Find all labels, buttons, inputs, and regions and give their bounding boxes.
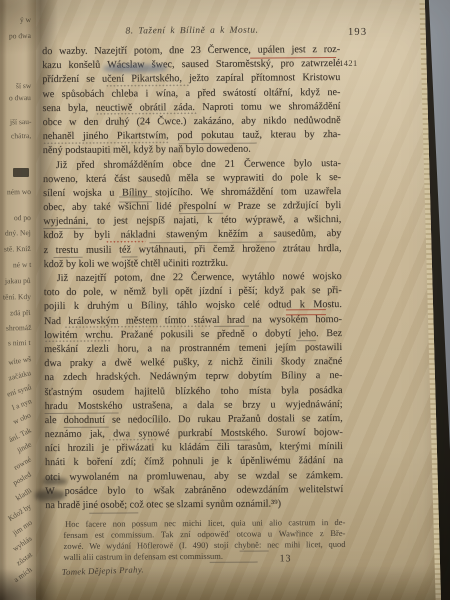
left-page-text-fragment: jinde — [16, 440, 33, 454]
left-page-text-fragment: rowné — [13, 456, 33, 472]
text-line: W posádce bylo to wšak zabráněno odewzdá… — [45, 483, 343, 499]
text-line: přídržení se učení Pikartského, ježto za… — [42, 71, 340, 87]
footnote-line: walli alii castrum in defensam est commi… — [64, 550, 346, 563]
text-line: na zdech hradských. Nedáwným teprw dobyt… — [44, 369, 342, 385]
left-page-text-fragment: po dwa — [9, 32, 31, 40]
text-block: do wazby. Nazejtří potom, dne 23 Čerwenc… — [42, 43, 343, 513]
paragraph: Již nazejtří potom, dne 22 Čerwence, wyt… — [44, 270, 344, 513]
text-line: hnáti k boření zdí; čímž pohnuli je k úp… — [45, 454, 343, 470]
left-page-text-fragment: s nimi t — [8, 339, 31, 347]
left-page-text-fragment: jší sau- — [9, 118, 31, 126]
left-page-text-fragment: ném wo — [7, 188, 31, 196]
left-page-text-fragment: posled — [12, 471, 33, 488]
sheet-number: 13 — [280, 553, 292, 564]
paragraph: Již před shromážděním obce dne 21 Čerwen… — [43, 156, 342, 272]
left-page-text-fragment: w obo — [12, 411, 32, 426]
left-page-text-fragment: a mích — [12, 566, 33, 584]
page-content: 8. Tažení k Bílině a k Mostu. 193 1421 d… — [42, 23, 386, 595]
left-page-text-fragment: ší sw — [16, 82, 31, 90]
left-page-text-fragment: tění. Kdy — [3, 293, 31, 301]
running-header: 8. Tažení k Bílině a k Mostu. — [42, 25, 342, 37]
left-page-text-fragment: né w t — [13, 261, 31, 269]
left-page-text-fragment: jim mo — [11, 519, 33, 538]
left-page-text-fragment: začátku — [8, 369, 32, 382]
left-page-text-fragment: chátra, — [11, 132, 31, 140]
left-page-text-fragment: jakau pů — [5, 277, 31, 285]
header-row: 8. Tažení k Bílině a k Mostu. 193 — [42, 23, 382, 43]
page-number: 193 — [348, 27, 367, 38]
left-page-text-fragment: o dwau — [9, 94, 31, 102]
left-page-text-fragment: zůstat — [14, 551, 33, 568]
paragraph: do wazby. Nazejtří potom, dne 23 Čerwenc… — [42, 43, 341, 159]
text-line: pojili k druhým u Bíliny, táhlo wojsko c… — [44, 298, 342, 314]
book-photo: ý wpo dwaší swo dwaujší sau-chátra,ném w… — [0, 0, 450, 600]
footer-signature: Tomek Dějepis Prahy. — [62, 564, 144, 577]
left-page-text-fragment: ý w — [20, 16, 31, 24]
left-page-text-fragment: dný. Nej — [5, 229, 31, 237]
left-page-strip: ý wpo dwaší swo dwaujší sau-chátra,ném w… — [0, 0, 36, 600]
left-page-text-fragment: od po — [14, 214, 31, 222]
text-line: z trestu musili též wytáhnauti, při čemž… — [43, 242, 341, 258]
left-page-text-fragment: wíte wš — [8, 355, 32, 367]
left-page-text-fragment: shromáž — [6, 324, 32, 332]
margin-year-note: 1421 — [339, 59, 357, 68]
left-page-text-fragment: stě. Kníž — [4, 245, 31, 253]
left-page-text-fragment: kladli — [14, 487, 33, 503]
left-page-text-fragment: zdá při — [10, 309, 31, 317]
text-line: na hradě jiné osobě; což otec se slzami … — [45, 497, 343, 513]
text-line: nehaněl jiného Pikartstwím, pod pokutau … — [43, 128, 341, 144]
text-line: kdož by byli nákladni staweným kněžím a … — [43, 227, 341, 243]
ink-blot — [13, 168, 29, 177]
footnote-block: ³⁹) Hoc facere non possum nec michi lice… — [45, 517, 345, 563]
